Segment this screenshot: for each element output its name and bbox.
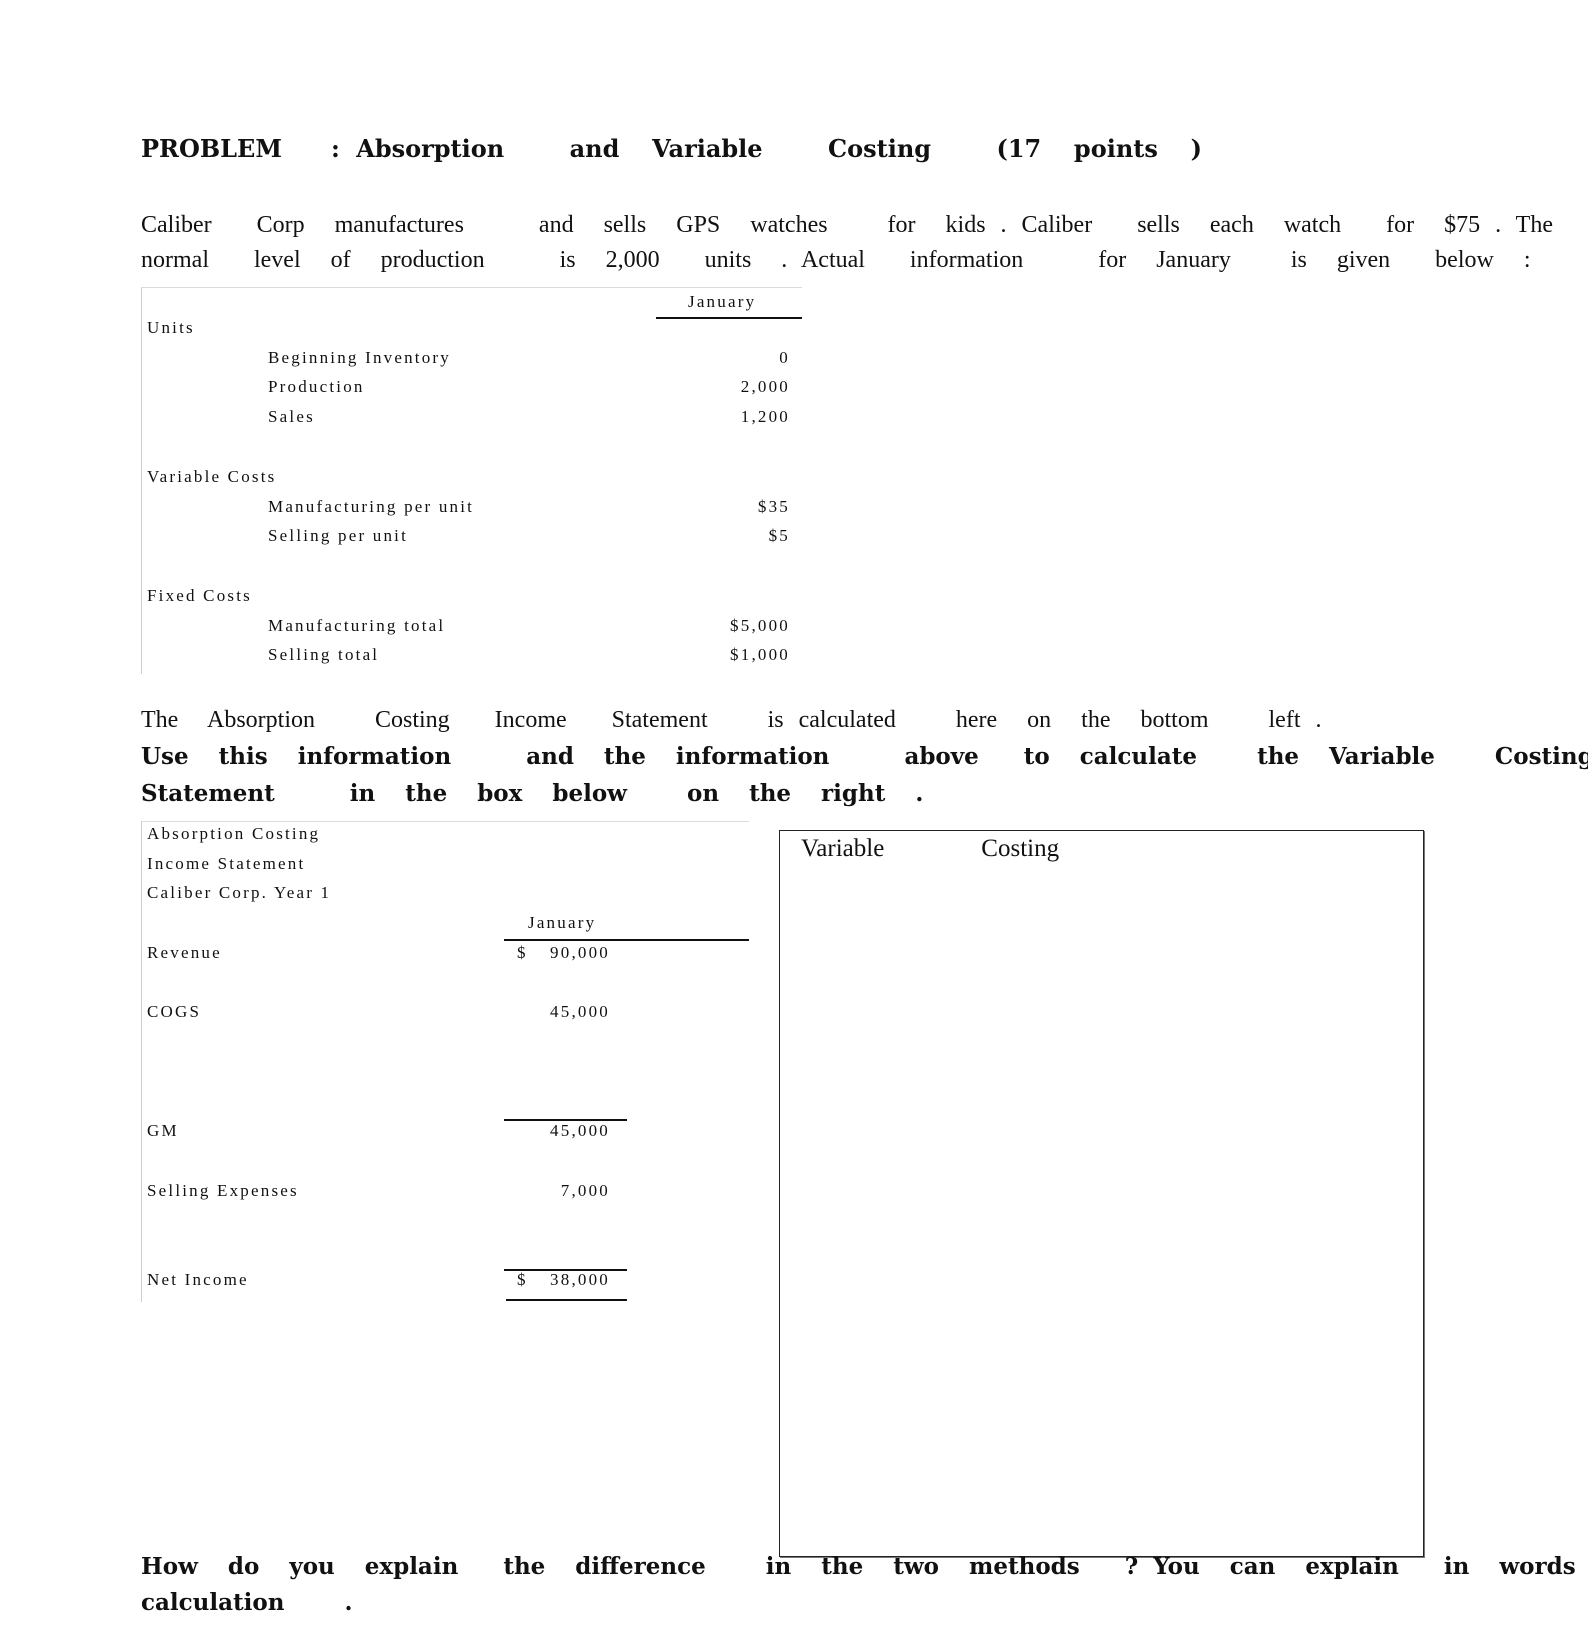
row-label: Manufacturing total [268, 616, 445, 636]
row-label-gm: GM [147, 1121, 179, 1141]
question-line-1: How do you explain the difference in the… [141, 1553, 1588, 1580]
intro-line-1: Caliber Corp manufactures and sells GPS … [141, 212, 1553, 239]
data-column-header: January [688, 292, 756, 312]
row-label: Sales [268, 407, 315, 427]
variable-costing-answer-box[interactable]: Variable Costing [779, 830, 1424, 1557]
row-label: Beginning Inventory [268, 348, 451, 368]
absorption-income-statement: Absorption Costing Income Statement Cali… [141, 821, 749, 1302]
statement-heading-1: Absorption Costing [147, 824, 320, 844]
row-label-revenue: Revenue [147, 943, 222, 963]
total-rule-bottom [506, 1299, 627, 1301]
row-label-cogs: COGS [147, 1002, 201, 1022]
variable-costing-answer-area[interactable] [800, 881, 1403, 1536]
row-value: $35 [758, 497, 790, 517]
problem-title: PROBLEM : Absorption and Variable Costin… [141, 134, 1202, 163]
row-label: Production [268, 377, 365, 397]
currency-symbol: $ [517, 1270, 528, 1290]
intro-line-2: normal level of production is 2,000 unit… [141, 247, 1531, 274]
row-value: $5,000 [730, 616, 790, 636]
row-label: Selling total [268, 645, 379, 665]
statement-heading-3: Caliber Corp. Year 1 [147, 883, 331, 903]
variable-costing-title: Variable Costing [801, 835, 1059, 863]
header-underline [504, 939, 749, 941]
value-net-income: 38,000 [550, 1270, 610, 1290]
row-label: Manufacturing per unit [268, 497, 474, 517]
currency-symbol: $ [517, 943, 528, 963]
row-label-selling-expenses: Selling Expenses [147, 1181, 299, 1201]
row-label-net-income: Net Income [147, 1270, 249, 1290]
row-value: $5 [769, 526, 790, 546]
section-variable-costs-label: Variable Costs [147, 467, 276, 487]
given-data-table: January Units Beginning Inventory 0 Prod… [141, 287, 802, 674]
header-underline [656, 317, 802, 319]
question-line-2: calculation . [141, 1589, 352, 1616]
section-fixed-costs-label: Fixed Costs [147, 586, 252, 606]
instruction-line-1: The Absorption Costing Income Statement … [141, 707, 1322, 734]
instruction-line-3: Statement in the box below on the right … [141, 780, 923, 807]
value-selling-expenses: 7,000 [561, 1181, 610, 1201]
value-gm: 45,000 [550, 1121, 610, 1141]
instruction-line-2: Use this information and the information… [141, 743, 1588, 770]
row-label: Selling per unit [268, 526, 408, 546]
row-value: 2,000 [741, 377, 790, 397]
row-value: $1,000 [730, 645, 790, 665]
statement-column-header: January [528, 913, 596, 933]
value-cogs: 45,000 [550, 1002, 610, 1022]
row-value: 1,200 [741, 407, 790, 427]
row-value: 0 [779, 348, 790, 368]
value-revenue: 90,000 [550, 943, 610, 963]
section-units-label: Units [147, 318, 195, 338]
statement-heading-2: Income Statement [147, 854, 305, 874]
